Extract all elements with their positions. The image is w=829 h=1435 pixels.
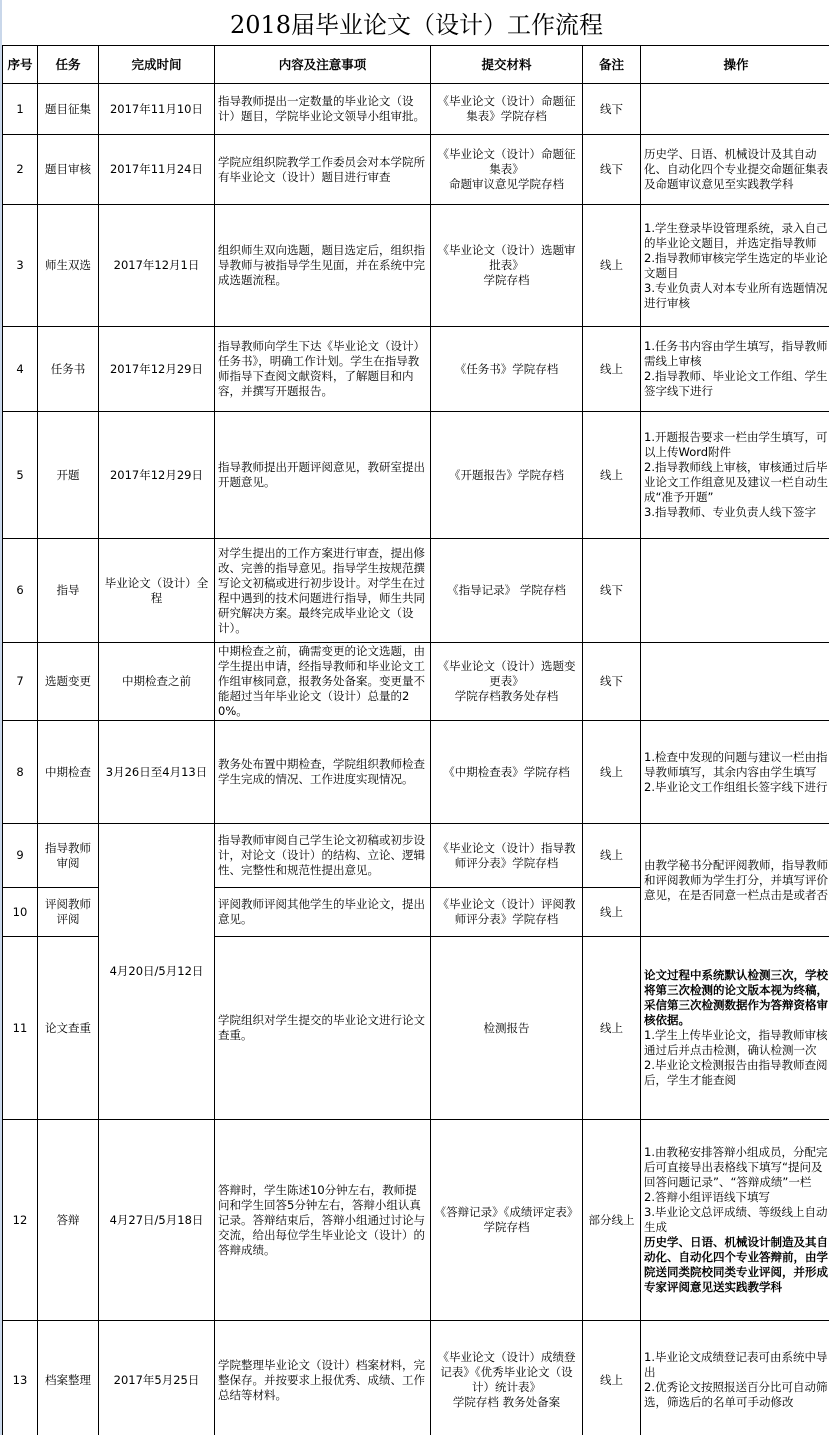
cell-time: 2017年12月29日	[99, 327, 215, 412]
cell-remark: 线上	[583, 721, 641, 824]
cell-content: 指导教师审阅自己学生论文初稿或初步设计，对论文（设计）的结构、立论、逻辑性、完整…	[215, 824, 431, 888]
header-row: 序号 任务 完成时间 内容及注意事项 提交材料 备注 操作	[3, 46, 829, 84]
ops-line: 2.指导教师、毕业论文工作组、学生签字线下进行	[644, 369, 828, 399]
ops-line: 历史学、日语、机械设计制造及其自动化、自动化四个专业答辩前，由学院送同类院校同类…	[644, 1235, 828, 1295]
cell-content: 答辩时，学生陈述10分钟左右，教师提问和学生回答5分钟左右，答辩小组认真记录。答…	[215, 1120, 431, 1321]
cell-ops: 1.开题报告要求一栏由学生填写，可以上传Word附件2.指导教师线上审核，审核通…	[641, 412, 829, 539]
cell-remark: 线上	[583, 937, 641, 1120]
cell-materials: 《毕业论文（设计）选题审批表》学院存档	[431, 205, 583, 327]
cell-no: 13	[3, 1321, 38, 1435]
cell-materials: 《中期检查表》学院存档	[431, 721, 583, 824]
material-line: 命题审议意见学院存档	[434, 177, 579, 192]
ops-line: 1.学生登录毕设管理系统，录入自己的毕业论文题目，并选定指导教师	[644, 221, 828, 251]
cell-content: 中期检查之前，确需变更的论文选题，由学生提出申请，经指导教师和毕业论文工作组审核…	[215, 643, 431, 721]
ops-line: 1.检查中发现的问题与建议一栏由指导教师填写，其余内容由学生填写	[644, 750, 828, 780]
material-line: 《答辩记录》《成绩评定表》学院存档	[434, 1205, 579, 1235]
cell-time: 2017年5月25日	[99, 1321, 215, 1435]
cell-materials: 《开题报告》学院存档	[431, 412, 583, 539]
cell-content: 评阅教师评阅其他学生的毕业论文，提出意见。	[215, 888, 431, 937]
cell-materials: 《毕业论文（设计）命题征集表》命题审议意见学院存档	[431, 135, 583, 205]
cell-no: 12	[3, 1120, 38, 1321]
table-row: 4任务书2017年12月29日指导教师向学生下达《毕业论文（设计）任务书》，明确…	[3, 327, 829, 412]
cell-no: 6	[3, 539, 38, 643]
cell-no: 7	[3, 643, 38, 721]
cell-content: 学院组织对学生提交的毕业论文进行论文查重。	[215, 937, 431, 1120]
ops-line: 3.指导教师、专业负责人线下签字	[644, 505, 828, 520]
ops-line: 论文过程中系统默认检测三次，学校将第三次检测的论文版本视为终稿，采信第三次检测数…	[644, 968, 828, 1028]
ops-line: 由教学秘书分配评阅教师，指导教师和评阅教师为学生打分，并填写评价意见，在是否同意…	[644, 858, 828, 903]
table-row: 8中期检查3月26日至4月13日教务处布置中期检查，学院组织教师检查学生完成的情…	[3, 721, 829, 824]
cell-materials: 《答辩记录》《成绩评定表》学院存档	[431, 1120, 583, 1321]
cell-ops: 论文过程中系统默认检测三次，学校将第三次检测的论文版本视为终稿，采信第三次检测数…	[641, 937, 829, 1120]
cell-materials: 《毕业论文（设计）选题变更表》学院存档教务处存档	[431, 643, 583, 721]
cell-remark: 线上	[583, 327, 641, 412]
cell-task: 论文查重	[38, 937, 99, 1120]
cell-task: 开题	[38, 412, 99, 539]
cell-task: 档案整理	[38, 1321, 99, 1435]
cell-materials: 检测报告	[431, 937, 583, 1120]
cell-task: 题目审核	[38, 135, 99, 205]
cell-ops: 由教学秘书分配评阅教师，指导教师和评阅教师为学生打分，并填写评价意见，在是否同意…	[641, 824, 829, 937]
cell-remark: 线下	[583, 643, 641, 721]
col-header-remark: 备注	[583, 46, 641, 84]
workflow-table: 序号 任务 完成时间 内容及注意事项 提交材料 备注 操作 1题目征集2017年…	[2, 45, 829, 1435]
material-line: 《毕业论文（设计）选题审批表》	[434, 243, 579, 273]
cell-materials: 《任务书》学院存档	[431, 327, 583, 412]
cell-ops	[641, 643, 829, 721]
worksheet: 2018届毕业论文（设计）工作流程 序号 任务 完成时间 内容及注意事项 提交材…	[0, 0, 829, 1435]
ops-line: 1.学生上传毕业论文，指导教师审核通过后并点击检测，确认检测一次	[644, 1028, 828, 1058]
cell-task: 题目征集	[38, 84, 99, 135]
cell-ops	[641, 539, 829, 643]
cell-content: 指导教师提出一定数量的毕业论文（设计）题目，学院毕业论文领导小组审批。	[215, 84, 431, 135]
cell-content: 学院应组织院教学工作委员会对本学院所有毕业论文（设计）题目进行审查	[215, 135, 431, 205]
cell-no: 1	[3, 84, 38, 135]
col-header-materials: 提交材料	[431, 46, 583, 84]
ops-line: 2.答辩小组评语线下填写	[644, 1190, 828, 1205]
cell-task: 选题变更	[38, 643, 99, 721]
page-title: 2018届毕业论文（设计）工作流程	[2, 0, 829, 46]
cell-no: 4	[3, 327, 38, 412]
table-row: 1题目征集2017年11月10日指导教师提出一定数量的毕业论文（设计）题目，学院…	[3, 84, 829, 135]
cell-materials: 《毕业论文（设计）命题征集表》学院存档	[431, 84, 583, 135]
cell-remark: 线上	[583, 1321, 641, 1435]
table-row: 2题目审核2017年11月24日学院应组织院教学工作委员会对本学院所有毕业论文（…	[3, 135, 829, 205]
cell-content: 指导教师提出开题评阅意见，教研室提出开题意见。	[215, 412, 431, 539]
material-line: 《任务书》学院存档	[434, 362, 579, 377]
col-header-time: 完成时间	[99, 46, 215, 84]
material-line: 《毕业论文（设计）指导教师评分表》学院存档	[434, 841, 579, 871]
cell-ops: 1.毕业论文成绩登记表可由系统中导出2.优秀论文按照报送百分比可自动筛选，筛选后…	[641, 1321, 829, 1435]
table-row: 5开题2017年12月29日指导教师提出开题评阅意见，教研室提出开题意见。《开题…	[3, 412, 829, 539]
cell-materials: 《指导记录》 学院存档	[431, 539, 583, 643]
table-row: 12答辩4月27日/5月18日答辩时，学生陈述10分钟左右，教师提问和学生回答5…	[3, 1120, 829, 1321]
cell-no: 2	[3, 135, 38, 205]
cell-task: 评阅教师评阅	[38, 888, 99, 937]
table-row: 6指导毕业论文（设计）全程对学生提出的工作方案进行审查，提出修改、完善的指导意见…	[3, 539, 829, 643]
cell-remark: 线上	[583, 824, 641, 888]
cell-materials: 《毕业论文（设计）评阅教师评分表》学院存档	[431, 888, 583, 937]
cell-time: 中期检查之前	[99, 643, 215, 721]
ops-line: 1.毕业论文成绩登记表可由系统中导出	[644, 1350, 828, 1380]
cell-remark: 部分线上	[583, 1120, 641, 1321]
material-line: 《中期检查表》学院存档	[434, 765, 579, 780]
cell-ops: 1.任务书内容由学生填写，指导教师需线上审核2.指导教师、毕业论文工作组、学生签…	[641, 327, 829, 412]
cell-no: 11	[3, 937, 38, 1120]
cell-no: 9	[3, 824, 38, 888]
ops-line: 1.任务书内容由学生填写，指导教师需线上审核	[644, 339, 828, 369]
cell-remark: 线下	[583, 539, 641, 643]
cell-no: 10	[3, 888, 38, 937]
cell-remark: 线下	[583, 135, 641, 205]
cell-task: 中期检查	[38, 721, 99, 824]
cell-time: 2017年12月1日	[99, 205, 215, 327]
material-line: 《毕业论文（设计）命题征集表》	[434, 147, 579, 177]
cell-materials: 《毕业论文（设计）指导教师评分表》学院存档	[431, 824, 583, 888]
cell-time: 毕业论文（设计）全程	[99, 539, 215, 643]
cell-remark: 线上	[583, 205, 641, 327]
ops-line: 2.优秀论文按照报送百分比可自动筛选，筛选后的名单可手动修改	[644, 1380, 828, 1410]
col-header-ops: 操作	[641, 46, 829, 84]
cell-ops	[641, 84, 829, 135]
cell-task: 答辩	[38, 1120, 99, 1321]
ops-line: 2.指导教师审核完学生选定的毕业论文题目	[644, 251, 828, 281]
cell-remark: 线下	[583, 84, 641, 135]
table-row: 7选题变更中期检查之前中期检查之前，确需变更的论文选题，由学生提出申请，经指导教…	[3, 643, 829, 721]
cell-no: 3	[3, 205, 38, 327]
ops-line: 2.毕业论文检测报告由指导教师查阅后，学生才能查阅	[644, 1058, 828, 1088]
col-header-content: 内容及注意事项	[215, 46, 431, 84]
cell-ops: 1.检查中发现的问题与建议一栏由指导教师填写，其余内容由学生填写2.毕业论文工作…	[641, 721, 829, 824]
material-line: 《指导记录》 学院存档	[434, 583, 579, 598]
material-line: 《毕业论文（设计）评阅教师评分表》学院存档	[434, 897, 579, 927]
material-line: 学院存档教务处存档	[434, 689, 579, 704]
cell-remark: 线上	[583, 888, 641, 937]
cell-time: 2017年11月24日	[99, 135, 215, 205]
cell-time: 3月26日至4月13日	[99, 721, 215, 824]
material-line: 学院存档 教务处备案	[434, 1395, 579, 1410]
ops-line: 2.毕业论文工作组组长签字线下进行	[644, 780, 828, 795]
material-line: 《毕业论文（设计）命题征集表》学院存档	[434, 94, 579, 124]
cell-ops: 1.学生登录毕设管理系统，录入自己的毕业论文题目，并选定指导教师2.指导教师审核…	[641, 205, 829, 327]
cell-time: 4月27日/5月18日	[99, 1120, 215, 1321]
cell-time: 4月20日/5月12日	[99, 824, 215, 1120]
table-row: 3师生双选2017年12月1日组织师生双向选题，题目选定后，组织指导教师与被指导…	[3, 205, 829, 327]
cell-no: 5	[3, 412, 38, 539]
cell-materials: 《毕业论文（设计）成绩登记表》《优秀毕业论文（设计）统计表》学院存档 教务处备案	[431, 1321, 583, 1435]
ops-line: 1.开题报告要求一栏由学生填写，可以上传Word附件	[644, 430, 828, 460]
material-line: 学院存档	[434, 273, 579, 288]
col-header-task: 任务	[38, 46, 99, 84]
table-row: 9指导教师审阅4月20日/5月12日指导教师审阅自己学生论文初稿或初步设计，对论…	[3, 824, 829, 888]
ops-line: 3.毕业论文总评成绩、等级线上自动生成	[644, 1205, 828, 1235]
cell-content: 对学生提出的工作方案进行审查，提出修改、完善的指导意见。指导学生按规范撰写论文初…	[215, 539, 431, 643]
cell-task: 指导	[38, 539, 99, 643]
cell-time: 2017年11月10日	[99, 84, 215, 135]
cell-content: 教务处布置中期检查，学院组织教师检查学生完成的情况、工作进度实现情况。	[215, 721, 431, 824]
cell-content: 指导教师向学生下达《毕业论文（设计）任务书》，明确工作计划。学生在指导教师指导下…	[215, 327, 431, 412]
cell-ops: 1.由教秘安排答辩小组成员，分配完后可直接导出表格线下填写“提问及回答问题记录”…	[641, 1120, 829, 1321]
material-line: 《毕业论文（设计）成绩登记表》《优秀毕业论文（设计）统计表》	[434, 1350, 579, 1395]
col-header-no: 序号	[3, 46, 38, 84]
cell-task: 指导教师审阅	[38, 824, 99, 888]
cell-ops: 历史学、日语、机械设计及其自动化、自动化四个专业提交命题征集表及命题审议意见至实…	[641, 135, 829, 205]
ops-line: 1.由教秘安排答辩小组成员，分配完后可直接导出表格线下填写“提问及回答问题记录”…	[644, 1145, 828, 1190]
cell-content: 组织师生双向选题，题目选定后，组织指导教师与被指导学生见面，并在系统中完成选题流…	[215, 205, 431, 327]
cell-time: 2017年12月29日	[99, 412, 215, 539]
cell-task: 师生双选	[38, 205, 99, 327]
cell-task: 任务书	[38, 327, 99, 412]
table-row: 13档案整理2017年5月25日学院整理毕业论文（设计）档案材料，完整保存。并按…	[3, 1321, 829, 1435]
cell-no: 8	[3, 721, 38, 824]
cell-remark: 线上	[583, 412, 641, 539]
material-line: 《开题报告》学院存档	[434, 468, 579, 483]
ops-line: 历史学、日语、机械设计及其自动化、自动化四个专业提交命题征集表及命题审议意见至实…	[644, 147, 828, 192]
cell-content: 学院整理毕业论文（设计）档案材料，完整保存。并按要求上报优秀、成绩、工作总结等材…	[215, 1321, 431, 1435]
ops-line: 2.指导教师线上审核，审核通过后毕业论文工作组意见及建议一栏自动生成“准予开题”	[644, 460, 828, 505]
material-line: 检测报告	[434, 1021, 579, 1036]
material-line: 《毕业论文（设计）选题变更表》	[434, 659, 579, 689]
ops-line: 3.专业负责人对本专业所有选题情况进行审核	[644, 281, 828, 311]
